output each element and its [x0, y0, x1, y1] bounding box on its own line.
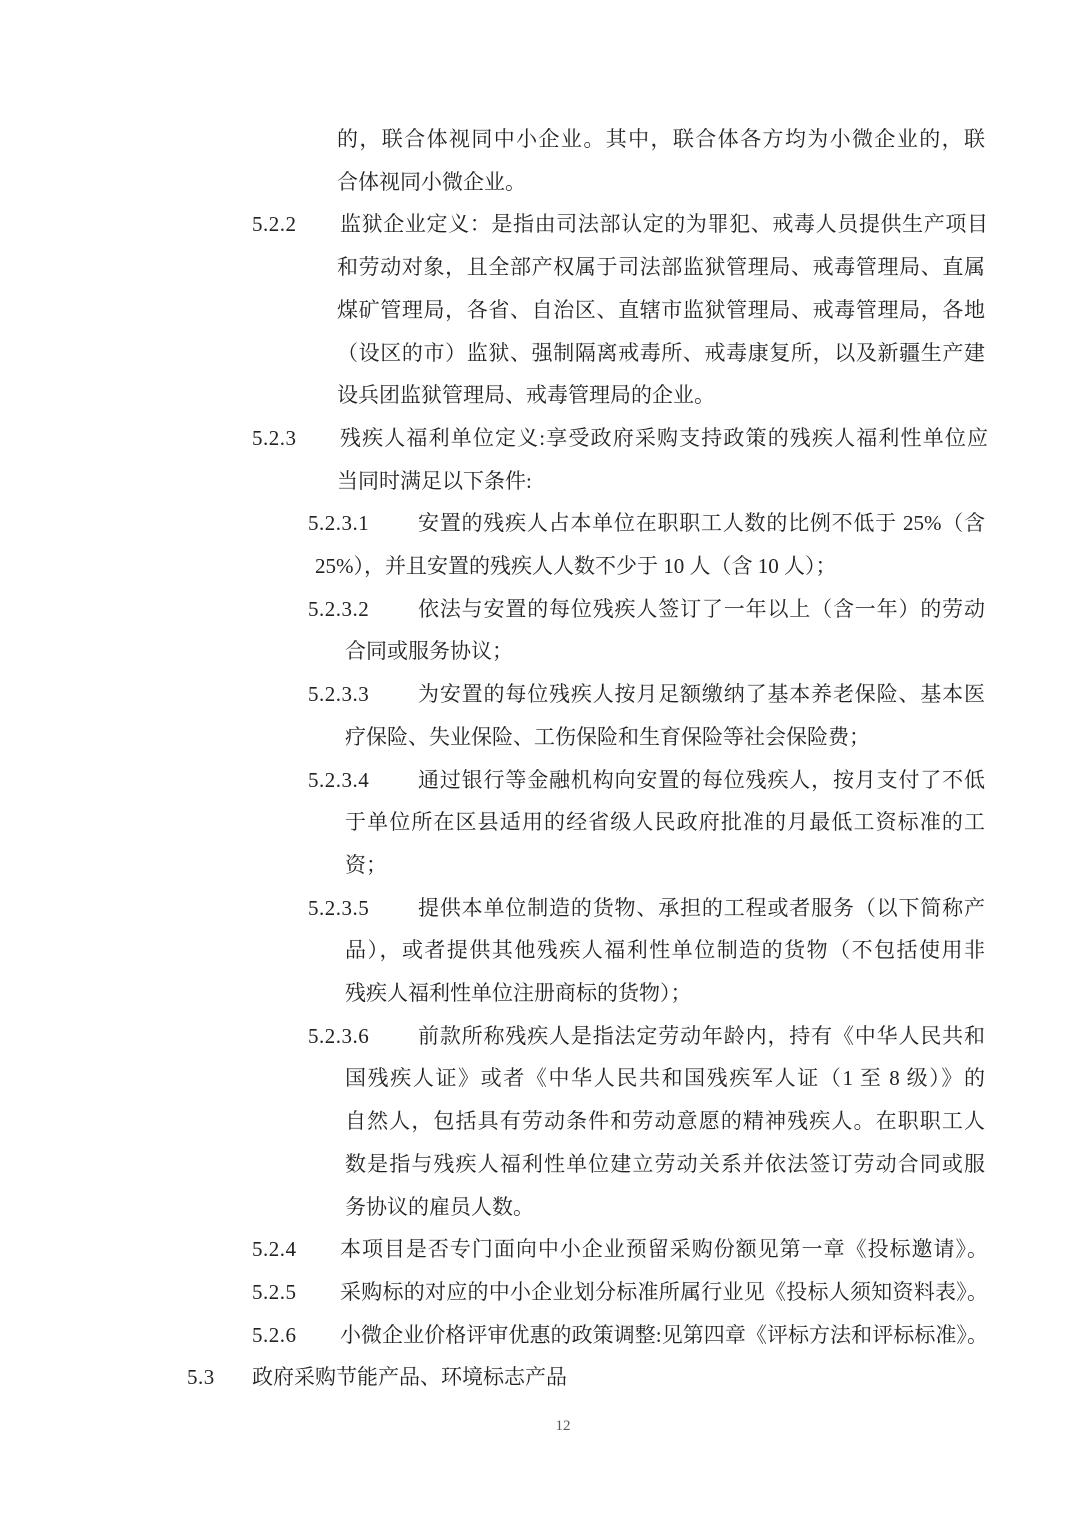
text-line: 5.2.3残疾人福利单位定义:享受政府采购支持政策的残疾人福利性单位应 [0, 417, 1080, 460]
text-line: 5.2.3.2依法与安置的每位残疾人签订了一年以上（含一年）的劳动 [0, 588, 1080, 631]
text-line: 5.2.3.1安置的残疾人占本单位在职职工人数的比例不低于 25%（含 [0, 502, 1080, 545]
clause-text: 依法与安置的每位残疾人签订了一年以上（含一年）的劳动 [418, 588, 985, 631]
text-line: 5.2.3.6前款所称残疾人是指法定劳动年龄内，持有《中华人民共和 [0, 1015, 1080, 1058]
text-line: 5.2.3.5提供本单位制造的货物、承担的工程或者服务（以下简称产 [0, 887, 1080, 930]
clause-number: 5.3 [187, 1356, 215, 1399]
clause-number: 5.2.3.5 [308, 887, 369, 930]
text-line: 25%），并且安置的残疾人人数不少于 10 人（含 10 人）； [0, 545, 1080, 588]
clause-text: （设区的市）监狱、强制隔离戒毒所、戒毒康复所，以及新疆生产建 [337, 332, 985, 375]
clause-text: 品），或者提供其他残疾人福利性单位制造的货物（不包括使用非 [345, 929, 985, 972]
clause-number: 5.2.3.2 [308, 588, 369, 631]
clause-text: 采购标的对应的中小企业划分标准所属行业见《投标人须知资料表》。 [340, 1271, 988, 1314]
text-line: 合体视同小微企业。 [0, 161, 1080, 204]
text-line: 煤矿管理局，各省、自治区、直辖市监狱管理局、戒毒管理局，各地 [0, 289, 1080, 332]
clause-text: 资； [345, 844, 985, 887]
clause-text: 提供本单位制造的货物、承担的工程或者服务（以下简称产 [418, 887, 985, 930]
clause-text: 本项目是否专门面向中小企业预留采购份额见第一章《投标邀请》。 [340, 1228, 988, 1271]
clause-text: 小微企业价格评审优惠的政策调整:见第四章《评标方法和评标标准》。 [340, 1314, 988, 1357]
clause-text: 煤矿管理局，各省、自治区、直辖市监狱管理局、戒毒管理局，各地 [337, 289, 985, 332]
clause-text: 务协议的雇员人数。 [345, 1186, 985, 1229]
clause-text: 当同时满足以下条件: [337, 460, 985, 503]
clause-text: 合同或服务协议； [345, 630, 985, 673]
clause-text: 通过银行等金融机构向安置的每位残疾人，按月支付了不低 [418, 759, 985, 802]
text-line: 务协议的雇员人数。 [0, 1186, 1080, 1229]
text-line: 5.2.5采购标的对应的中小企业划分标准所属行业见《投标人须知资料表》。 [0, 1271, 1080, 1314]
clause-text: 残疾人福利单位定义:享受政府采购支持政策的残疾人福利性单位应 [340, 417, 988, 460]
text-line: 5.2.2监狱企业定义：是指由司法部认定的为罪犯、戒毒人员提供生产项目 [0, 203, 1080, 246]
text-line: 疗保险、失业保险、工伤保险和生育保险等社会保险费； [0, 716, 1080, 759]
clause-number: 5.2.3.3 [308, 673, 369, 716]
clause-text: 数是指与残疾人福利性单位建立劳动关系并依法签订劳动合同或服 [345, 1143, 985, 1186]
clause-text: 前款所称残疾人是指法定劳动年龄内，持有《中华人民共和 [418, 1015, 985, 1058]
clause-text: 的，联合体视同中小企业。其中，联合体各方均为小微企业的，联 [337, 118, 985, 161]
text-line: 国残疾人证》或者《中华人民共和国残疾军人证（1 至 8 级）》的 [0, 1057, 1080, 1100]
text-line: 设兵团监狱管理局、戒毒管理局的企业。 [0, 374, 1080, 417]
clause-number: 5.2.6 [252, 1314, 297, 1357]
text-line: 当同时满足以下条件: [0, 460, 1080, 503]
text-line: 残疾人福利性单位注册商标的货物）； [0, 972, 1080, 1015]
text-line: 于单位所在区县适用的经省级人民政府批准的月最低工资标准的工 [0, 801, 1080, 844]
clause-text: 疗保险、失业保险、工伤保险和生育保险等社会保险费； [345, 716, 985, 759]
clause-text: 于单位所在区县适用的经省级人民政府批准的月最低工资标准的工 [345, 801, 985, 844]
text-line: 合同或服务协议； [0, 630, 1080, 673]
clause-text: 残疾人福利性单位注册商标的货物）； [345, 972, 985, 1015]
text-line: 5.3政府采购节能产品、环境标志产品 [0, 1356, 1080, 1399]
clause-text: 国残疾人证》或者《中华人民共和国残疾军人证（1 至 8 级）》的 [345, 1057, 985, 1100]
clause-number: 5.2.3.6 [308, 1015, 369, 1058]
text-line: （设区的市）监狱、强制隔离戒毒所、戒毒康复所，以及新疆生产建 [0, 332, 1080, 375]
text-line: 数是指与残疾人福利性单位建立劳动关系并依法签订劳动合同或服 [0, 1143, 1080, 1186]
text-line: 和劳动对象，且全部产权属于司法部监狱管理局、戒毒管理局、直属 [0, 246, 1080, 289]
document-page: 的，联合体视同中小企业。其中，联合体各方均为小微企业的，联合体视同小微企业。5.… [0, 0, 1080, 1527]
text-line: 的，联合体视同中小企业。其中，联合体各方均为小微企业的，联 [0, 118, 1080, 161]
clause-text: 政府采购节能产品、环境标志产品 [252, 1356, 985, 1399]
text-line: 5.2.3.3为安置的每位残疾人按月足额缴纳了基本养老保险、基本医 [0, 673, 1080, 716]
clause-number: 5.2.2 [252, 203, 297, 246]
text-line: 资； [0, 844, 1080, 887]
clause-text: 自然人，包括具有劳动条件和劳动意愿的精神残疾人。在职职工人 [345, 1100, 985, 1143]
clause-text: 25%），并且安置的残疾人人数不少于 10 人（含 10 人）； [315, 545, 985, 588]
clause-number: 5.2.4 [252, 1228, 297, 1271]
clause-text: 合体视同小微企业。 [337, 161, 985, 204]
clause-text: 监狱企业定义：是指由司法部认定的为罪犯、戒毒人员提供生产项目 [340, 203, 988, 246]
clause-text: 为安置的每位残疾人按月足额缴纳了基本养老保险、基本医 [418, 673, 985, 716]
text-line: 5.2.6小微企业价格评审优惠的政策调整:见第四章《评标方法和评标标准》。 [0, 1314, 1080, 1357]
clause-text: 和劳动对象，且全部产权属于司法部监狱管理局、戒毒管理局、直属 [337, 246, 985, 289]
text-line: 5.2.4本项目是否专门面向中小企业预留采购份额见第一章《投标邀请》。 [0, 1228, 1080, 1271]
clause-text: 安置的残疾人占本单位在职职工人数的比例不低于 25%（含 [418, 502, 985, 545]
page-number: 12 [23, 1416, 1080, 1436]
clause-number: 5.2.3.4 [308, 759, 369, 802]
clause-number: 5.2.3 [252, 417, 297, 460]
text-line: 5.2.3.4通过银行等金融机构向安置的每位残疾人，按月支付了不低 [0, 759, 1080, 802]
clause-number: 5.2.3.1 [308, 502, 369, 545]
text-line: 品），或者提供其他残疾人福利性单位制造的货物（不包括使用非 [0, 929, 1080, 972]
text-line: 自然人，包括具有劳动条件和劳动意愿的精神残疾人。在职职工人 [0, 1100, 1080, 1143]
clause-number: 5.2.5 [252, 1271, 297, 1314]
clause-text: 设兵团监狱管理局、戒毒管理局的企业。 [337, 374, 985, 417]
